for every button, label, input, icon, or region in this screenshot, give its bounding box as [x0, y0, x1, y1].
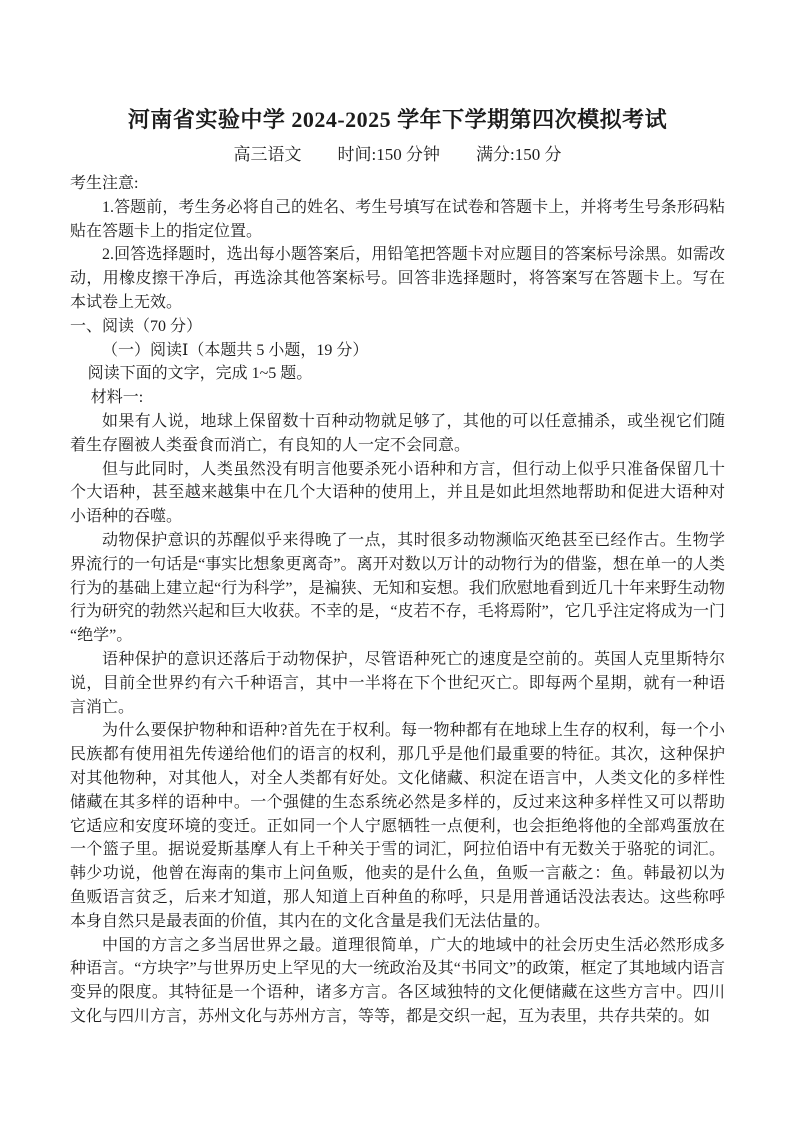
notice-item-1: 1.答题前，考生务必将自己的姓名、考生号填写在试卷和答题卡上，并将考生号条形码粘… [70, 196, 725, 244]
material-paragraph-4: 语种保护的意识还落后于动物保护，尽管语种死亡的速度是空前的。英国人克里斯特尔说，… [70, 648, 725, 719]
material-paragraph-2: 但与此同时，人类虽然没有明言他要杀死小语种和方言，但行动上似乎只准备保留几十个大… [70, 458, 725, 529]
section-heading-reading: 一、阅读（70 分） [70, 315, 725, 339]
page-title: 河南省实验中学 2024-2025 学年下学期第四次模拟考试 [70, 104, 725, 136]
reading-instruction: 阅读下面的文字，完成 1~5 题。 [70, 362, 725, 386]
subject-label: 高三语文 [234, 141, 302, 168]
document-body: 考生注意: 1.答题前，考生务必将自己的姓名、考生号填写在试卷和答题卡上，并将考… [70, 172, 725, 1029]
full-score-label: 满分:150 分 [476, 141, 561, 168]
material-paragraph-6: 中国的方言之多当居世界之最。道理很简单，广大的地域中的社会历史生活必然形成多种语… [70, 934, 725, 1029]
notice-heading: 考生注意: [70, 172, 725, 196]
page-subtitle: 高三语文 时间:150 分钟 满分:150 分 [70, 141, 725, 168]
notice-item-2: 2.回答选择题时，选出每小题答案后，用铅笔把答题卡对应题目的答案标号涂黑。如需改… [70, 243, 725, 314]
subsection-heading-reading-1: （一）阅读Ⅰ（本题共 5 小题，19 分） [70, 339, 725, 363]
exam-paper-page: 河南省实验中学 2024-2025 学年下学期第四次模拟考试 高三语文 时间:1… [0, 0, 793, 1122]
material-paragraph-5: 为什么要保护物种和语种?首先在于权利。每一物种都有在地球上生存的权利，每一个小民… [70, 719, 725, 933]
material-paragraph-3: 动物保护意识的苏醒似乎来得晚了一点，其时很多动物濒临灭绝甚至已经作古。生物学界流… [70, 529, 725, 648]
time-limit-label: 时间:150 分钟 [338, 141, 440, 168]
material-one-label: 材料一: [70, 386, 725, 410]
material-paragraph-1: 如果有人说，地球上保留数十百种动物就足够了，其他的可以任意捕杀，或坐视它们随着生… [70, 410, 725, 458]
